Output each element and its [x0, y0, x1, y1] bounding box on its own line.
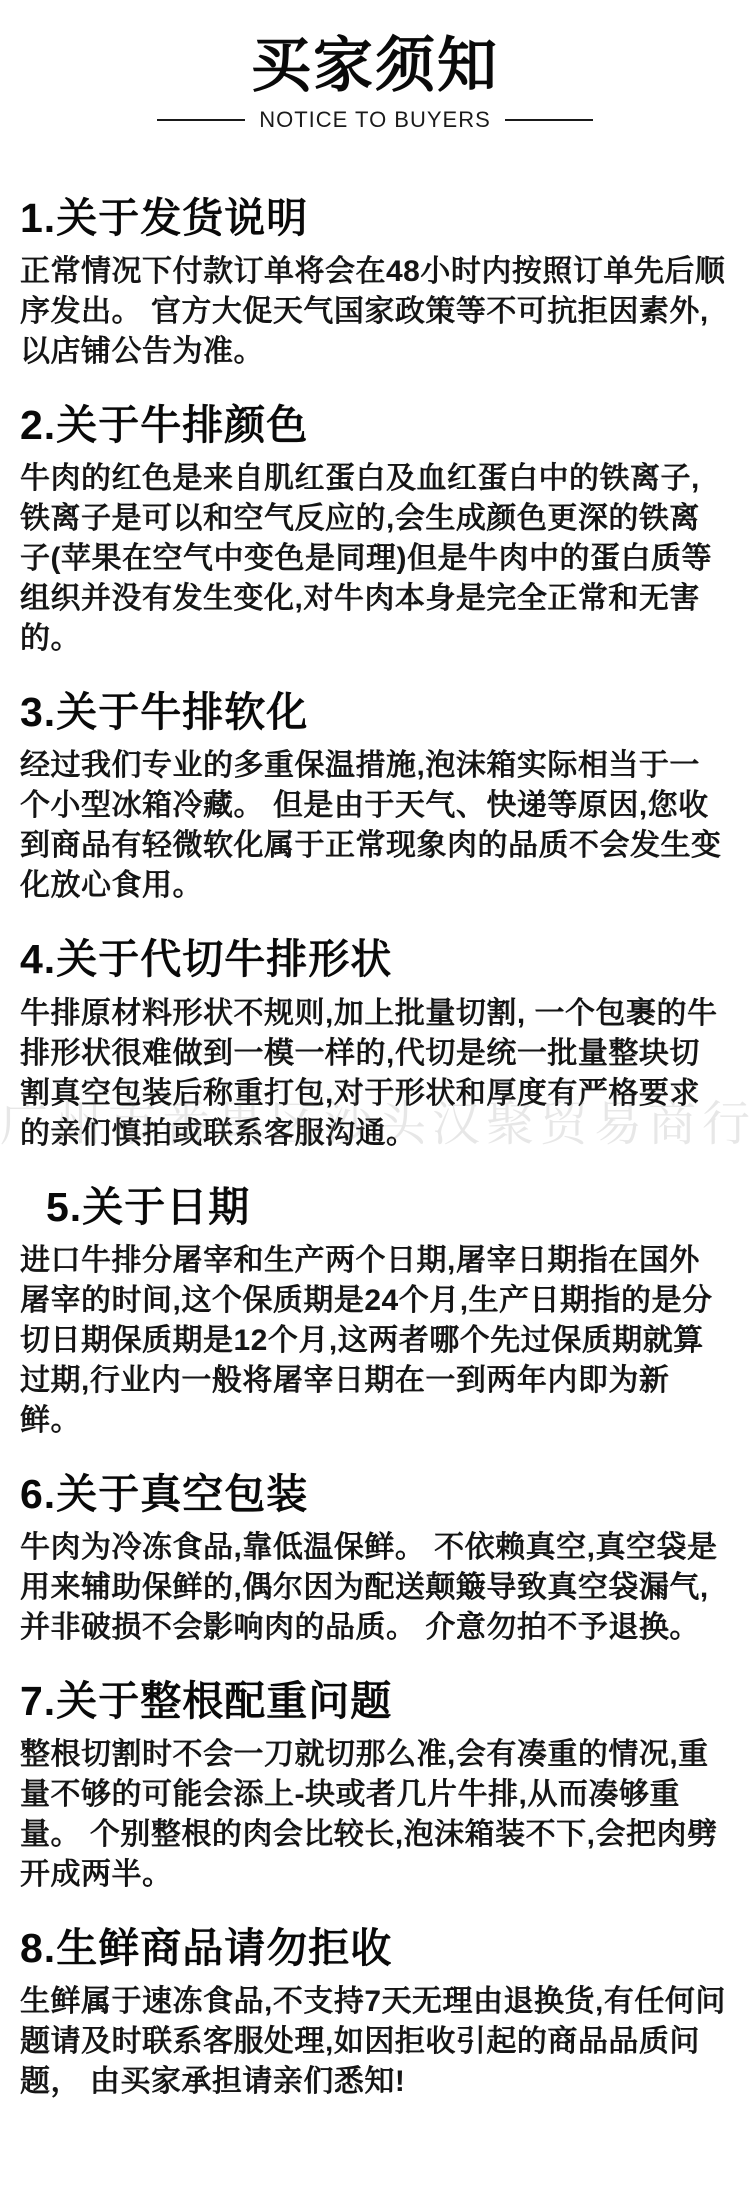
section-steak-softening: 3.关于牛排软化 经过我们专业的多重保温措施,泡沫箱实际相当于一个小型冰箱冷藏。… [20, 689, 730, 906]
section-body: 牛排原材料形状不规则,加上批量切割, 一个包裹的牛排形状很难做到一模一样的,代切… [20, 994, 730, 1154]
section-heading: 5.关于日期 [20, 1184, 730, 1231]
page-title: 买家须知 [20, 34, 730, 97]
section-shipping: 1.关于发货说明 正常情况下付款订单将会在48小时内按照订单先后顺序发出。 官方… [20, 195, 730, 372]
section-body: 牛肉的红色是来自肌红蛋白及血红蛋白中的铁离子,铁离子是可以和空气反应的,会生成颜… [20, 459, 730, 659]
section-heading: 4.关于代切牛排形状 [20, 936, 730, 983]
subtitle-row: NOTICE TO BUYERS [20, 107, 730, 133]
subtitle-right-line [505, 119, 593, 121]
page-subtitle: NOTICE TO BUYERS [259, 107, 491, 133]
section-cut-shape: 4.关于代切牛排形状 牛排原材料形状不规则,加上批量切割, 一个包裹的牛排形状很… [20, 936, 730, 1153]
section-body: 牛肉为冷冻食品,靠低温保鲜。 不依赖真空,真空袋是用来辅助保鲜的,偶尔因为配送颠… [20, 1528, 730, 1648]
section-body: 正常情况下付款订单将会在48小时内按照订单先后顺序发出。 官方大促天气国家政策等… [20, 252, 730, 372]
section-heading: 3.关于牛排软化 [20, 689, 730, 736]
section-body: 进口牛排分屠宰和生产两个日期,屠宰日期指在国外屠宰的时间,这个保质期是24个月,… [20, 1241, 730, 1441]
subtitle-left-line [157, 119, 245, 121]
section-body: 生鲜属于速冻食品,不支持7天无理由退换货,有任何问题请及时联系客服处理,如因拒收… [20, 1982, 730, 2102]
section-heading: 1.关于发货说明 [20, 195, 730, 242]
section-heading: 6.关于真空包装 [20, 1471, 730, 1518]
section-body: 整根切割时不会一刀就切那么准,会有凑重的情况,重量不够的可能会添上-块或者几片牛… [20, 1735, 730, 1895]
section-body: 经过我们专业的多重保温措施,泡沫箱实际相当于一个小型冰箱冷藏。 但是由于天气、快… [20, 746, 730, 906]
section-vacuum-packaging: 6.关于真空包装 牛肉为冷冻食品,靠低温保鲜。 不依赖真空,真空袋是用来辅助保鲜… [20, 1471, 730, 1648]
section-whole-piece-weight: 7.关于整根配重问题 整根切割时不会一刀就切那么准,会有凑重的情况,重量不够的可… [20, 1678, 730, 1895]
section-steak-color: 2.关于牛排颜色 牛肉的红色是来自肌红蛋白及血红蛋白中的铁离子,铁离子是可以和空… [20, 402, 730, 659]
section-dates: 5.关于日期 进口牛排分屠宰和生产两个日期,屠宰日期指在国外屠宰的时间,这个保质… [20, 1184, 730, 1441]
section-heading: 8.生鲜商品请勿拒收 [20, 1925, 730, 1972]
notice-page: 买家须知 NOTICE TO BUYERS 1.关于发货说明 正常情况下付款订单… [0, 0, 750, 2142]
section-no-rejection: 8.生鲜商品请勿拒收 生鲜属于速冻食品,不支持7天无理由退换货,有任何问题请及时… [20, 1925, 730, 2102]
section-heading: 2.关于牛排颜色 [20, 402, 730, 449]
section-heading: 7.关于整根配重问题 [20, 1678, 730, 1725]
